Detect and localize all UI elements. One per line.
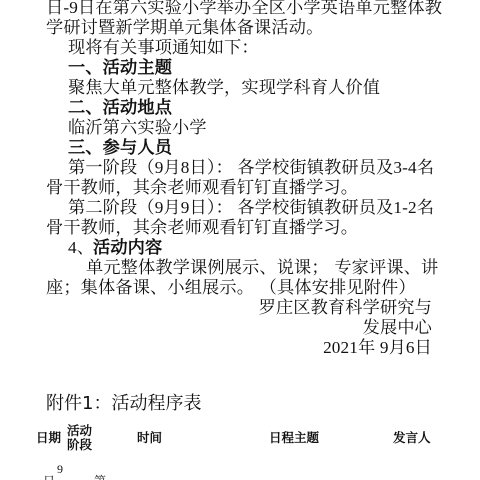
section-4-heading: 活动内容 <box>93 238 162 258</box>
table-header-time: 时间 <box>137 431 162 445</box>
stage-2-line-1: 第二阶段（9月9日）： 各学校街镇教研员及1-2名 <box>68 198 434 218</box>
section-4-content-line-2: 座；集体备课、小组展示。 （具体安排见附件） <box>46 278 416 298</box>
table-header-topic: 日程主题 <box>269 431 319 445</box>
stage-1-line-1: 第一阶段（9月8日）： 各学校街镇教研员及3-4名 <box>68 158 434 178</box>
table-header-date: 日期 <box>36 431 61 445</box>
signature-date: 2021年 9月6日 <box>323 338 432 358</box>
signature-org-line-1: 罗庄区教育科学研究与 <box>259 298 432 318</box>
stage-2-line-2: 骨干教师，其余老师观看钉钉直播学习。 <box>46 218 358 238</box>
section-4-number: 4、 <box>68 238 94 258</box>
body-line-2: 学研讨暨新学期单元集体备课活动。 <box>46 18 323 38</box>
intro-text: 现将有关事项通知如下： <box>68 38 259 58</box>
table-row-date-top: 9 <box>57 462 63 476</box>
section-2-content: 临沂第六实验小学 <box>68 118 207 138</box>
section-4-content-line-1: 单元整体教学课例展示、说课； 专家评课、讲 <box>86 258 438 278</box>
signature-org-line-2: 发展中心 <box>363 318 432 338</box>
table-row-date-bottom: 日 <box>43 474 55 480</box>
table-row-stage: 第 <box>94 474 106 480</box>
section-1-content: 聚焦大单元整体教学，实现学科育人价值 <box>68 78 380 98</box>
body-line-1: 日-9日在第六实验小学举办全区小学英语单元整体教 <box>46 0 442 18</box>
section-1-heading: 一、活动主题 <box>68 58 172 78</box>
table-header-stage-line-1: 活动 <box>67 424 92 438</box>
stage-1-line-2: 骨干教师，其余老师观看钉钉直播学习。 <box>46 178 358 198</box>
table-header-stage-line-2: 阶段 <box>67 438 92 452</box>
section-2-heading: 二、活动地点 <box>68 98 172 118</box>
table-header-speaker: 发言人 <box>393 431 431 445</box>
document-page: 日-9日在第六实验小学举办全区小学英语单元整体教 学研讨暨新学期单元集体备课活动… <box>0 0 480 480</box>
section-3-heading: 三、参与人员 <box>68 138 172 158</box>
annex-title: 附件1：活动程序表 <box>46 393 201 415</box>
